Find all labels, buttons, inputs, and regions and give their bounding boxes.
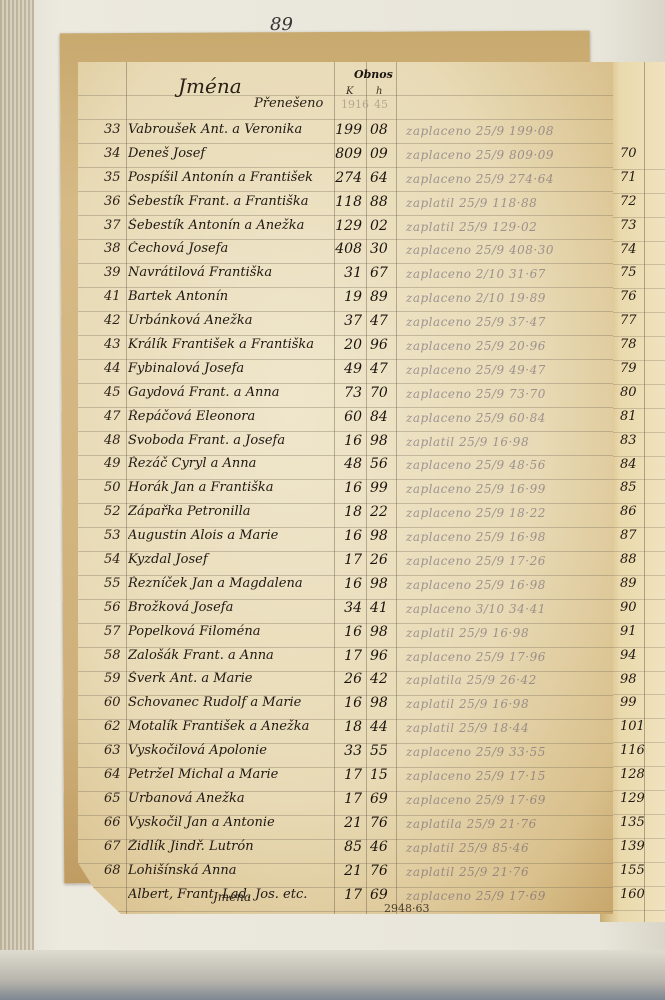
entry-hellers: 22 (370, 504, 394, 520)
entry-name: Popelková Filoména (128, 624, 338, 639)
entry-crowns: 16 (330, 624, 362, 640)
entry-number: 67 (104, 839, 126, 854)
amount-column-header: Obnos (354, 68, 393, 81)
ledger-row: 39Navrátilová Františka3167zaplaceno 2/1… (78, 263, 613, 287)
entry-hellers: 55 (370, 743, 394, 759)
entry-crowns: 118 (330, 194, 362, 210)
entry-number: 35 (104, 170, 126, 185)
entry-name: Deneš Josef (128, 146, 338, 161)
payment-note: zaplaceno 25/9 274·64 (406, 172, 554, 186)
entry-number: 68 (104, 863, 126, 878)
entry-number: 36 (104, 194, 126, 209)
entry-number: 50 (104, 480, 126, 495)
entry-number: 64 (104, 767, 126, 782)
entry-crowns: 60 (330, 409, 362, 425)
entry-hellers: 69 (370, 791, 394, 807)
ledger-row: 66Vyskočil Jan a Antonie2176zaplatila 25… (78, 813, 613, 837)
entry-name: Petržel Michal a Marie (128, 767, 338, 782)
carried-forward-hellers: 45 (374, 98, 388, 111)
entry-crowns: 199 (330, 122, 362, 138)
ledger-row: 37Šebestík Antonín a Anežka12902zaplatil… (78, 216, 613, 240)
ledger-row: 63Vyskočilová Apolonie3355zaplaceno 25/9… (78, 741, 613, 765)
entry-crowns: 17 (330, 552, 362, 568)
entry-hellers: 64 (370, 170, 394, 186)
entry-name: Kyzdal Josef (128, 552, 338, 567)
entry-name: Zalošák Frant. a Anna (128, 648, 338, 663)
ledger-row: 55Řezníček Jan a Magdalena1698zaplaceno … (78, 574, 613, 598)
entry-crowns: 49 (330, 361, 362, 377)
entry-number: 59 (104, 671, 126, 686)
page-stack-edge (0, 0, 34, 1000)
entry-crowns: 17 (330, 648, 362, 664)
entry-name: Čechová Josefa (128, 241, 338, 256)
entry-hellers: 02 (370, 218, 394, 234)
entry-hellers: 98 (370, 433, 394, 449)
entry-number: 37 (104, 218, 126, 233)
entry-number: 41 (104, 289, 126, 304)
ledger-row: 58Zalošák Frant. a Anna1796zaplaceno 25/… (78, 646, 613, 670)
payment-note: zaplaceno 25/9 20·96 (406, 339, 546, 353)
entry-crowns: 21 (330, 863, 362, 879)
entry-name: Řepáčová Eleonora (128, 409, 338, 424)
entry-name: Navrátilová Františka (128, 265, 338, 280)
ledger-row: 44Fybinalová Josefa4947zaplaceno 25/9 49… (78, 359, 613, 383)
entry-name: Židlík Jindř. Lutrón (128, 839, 338, 854)
entry-name: Řezáč Cyryl a Anna (128, 456, 338, 471)
carried-forward-crowns: 1916 (341, 98, 369, 111)
entry-crowns: 19 (330, 289, 362, 305)
entry-hellers: 08 (370, 122, 394, 138)
payment-note: zaplaceno 25/9 17·96 (406, 650, 546, 664)
entry-number: 44 (104, 361, 126, 376)
ledger-row: 36Šebestík Frant. a Františka11888zaplat… (78, 192, 613, 216)
entry-name: Zápařka Petronilla (128, 504, 338, 519)
payment-note: zaplatil 25/9 16·98 (406, 626, 529, 640)
entry-name: Vyskočilová Apolonie (128, 743, 338, 758)
ledger-row: 43Králík František a Františka2096zaplac… (78, 335, 613, 359)
entry-hellers: 67 (370, 265, 394, 281)
entry-name: Brožková Josefa (128, 600, 338, 615)
payment-note: zaplaceno 25/9 37·47 (406, 315, 546, 329)
entry-hellers: 84 (370, 409, 394, 425)
payment-note: zaplatil 25/9 21·76 (406, 865, 529, 879)
entry-number: 45 (104, 385, 126, 400)
payment-note: zaplaceno 25/9 17·69 (406, 793, 546, 807)
entry-name: Schovanec Rudolf a Marie (128, 695, 338, 710)
name-column-header: Jména (178, 74, 242, 98)
entry-name: Řezníček Jan a Magdalena (128, 576, 338, 591)
entry-crowns: 18 (330, 719, 362, 735)
ledger-row: 35Pospíšil Antonín a František27464zapla… (78, 168, 613, 192)
entry-number: 43 (104, 337, 126, 352)
entry-number: 63 (104, 743, 126, 758)
entry-number: 49 (104, 456, 126, 471)
entry-name: Šebestík Antonín a Anežka (128, 218, 338, 233)
entry-hellers: 46 (370, 839, 394, 855)
entry-hellers: 69 (370, 887, 394, 903)
entry-name: Šverk Ant. a Marie (128, 671, 338, 686)
entry-name: Lohišínská Anna (128, 863, 338, 878)
entry-hellers: 47 (370, 361, 394, 377)
entry-hellers: 98 (370, 624, 394, 640)
entry-name: Šebestík Frant. a Františka (128, 194, 338, 209)
entry-crowns: 20 (330, 337, 362, 353)
entry-name: Vyskočil Jan a Antonie (128, 815, 338, 830)
entry-number: 33 (104, 122, 126, 137)
ledger-row: 52Zápařka Petronilla1822zaplaceno 25/9 1… (78, 502, 613, 526)
entry-name: Horák Jan a Františka (128, 480, 338, 495)
ledger-row: 33Vabroušek Ant. a Veronika19908zaplacen… (78, 120, 613, 144)
entry-hellers: 89 (370, 289, 394, 305)
entry-crowns: 274 (330, 170, 362, 186)
entry-hellers: 41 (370, 600, 394, 616)
payment-note: zaplatila 25/9 26·42 (406, 673, 537, 687)
entry-name: Králík František a Františka (128, 337, 338, 352)
payment-note: zaplatil 25/9 85·46 (406, 841, 529, 855)
entry-number: 38 (104, 241, 126, 256)
entry-crowns: 48 (330, 456, 362, 472)
entry-number: 55 (104, 576, 126, 591)
ledger-row: Albert, Frant. Lad. Jos. etc.1769zaplace… (78, 885, 613, 909)
ledger-row: 65Urbanová Anežka1769zaplaceno 25/9 17·6… (78, 789, 613, 813)
entry-hellers: 88 (370, 194, 394, 210)
entry-hellers: 96 (370, 337, 394, 353)
book-bottom-edge (0, 950, 665, 1000)
ledger-row: 62Motalík František a Anežka1844zaplatil… (78, 717, 613, 741)
carried-forward-label: Přenešeno (254, 96, 323, 111)
entry-number: 62 (104, 719, 126, 734)
entry-hellers: 98 (370, 528, 394, 544)
entry-crowns: 31 (330, 265, 362, 281)
entry-crowns: 85 (330, 839, 362, 855)
entry-hellers: 30 (370, 241, 394, 257)
entry-name: Motalík František a Anežka (128, 719, 338, 734)
entry-crowns: 18 (330, 504, 362, 520)
entry-name: Pospíšil Antonín a František (128, 170, 338, 185)
entry-crowns: 16 (330, 695, 362, 711)
payment-note: zaplatil 25/9 18·44 (406, 721, 529, 735)
entry-crowns: 17 (330, 887, 362, 903)
payment-note: zaplaceno 3/10 34·41 (406, 602, 546, 616)
entry-crowns: 34 (330, 600, 362, 616)
entry-crowns: 129 (330, 218, 362, 234)
entry-crowns: 16 (330, 433, 362, 449)
footer-total: 2948·63 (384, 902, 430, 915)
entry-crowns: 408 (330, 241, 362, 257)
payment-note: zaplatila 25/9 21·76 (406, 817, 537, 831)
entry-crowns: 73 (330, 385, 362, 401)
payment-note: zaplatil 25/9 16·98 (406, 435, 529, 449)
payment-note: zaplaceno 25/9 60·84 (406, 411, 546, 425)
entry-number: 56 (104, 600, 126, 615)
ledger-row: 47Řepáčová Eleonora6084zaplaceno 25/9 60… (78, 407, 613, 431)
ledger-row: 60Schovanec Rudolf a Marie1698zaplatil 2… (78, 693, 613, 717)
entry-crowns: 21 (330, 815, 362, 831)
payment-note: zaplaceno 25/9 48·56 (406, 458, 546, 472)
entry-name: Bartek Antonín (128, 289, 338, 304)
entry-name: Urbánková Anežka (128, 313, 338, 328)
entry-number: 57 (104, 624, 126, 639)
ledger-row: 59Šverk Ant. a Marie2642zaplatila 25/9 2… (78, 669, 613, 693)
entry-name: Vabroušek Ant. a Veronika (128, 122, 338, 137)
hellers-header: h (376, 86, 382, 97)
entry-number: 48 (104, 433, 126, 448)
ledger-row: 48Svoboda Frant. a Josefa1698zaplatil 25… (78, 431, 613, 455)
entry-hellers: 98 (370, 576, 394, 592)
payment-note: zaplaceno 25/9 17·26 (406, 554, 546, 568)
ledger-row: 54Kyzdal Josef1726zaplaceno 25/9 17·26 (78, 550, 613, 574)
payment-note: zaplatil 25/9 129·02 (406, 220, 537, 234)
entry-name: Augustin Alois a Marie (128, 528, 338, 543)
entry-number: 34 (104, 146, 126, 161)
ledger-row: 34Deneš Josef80909zaplaceno 25/9 809·09 (78, 144, 613, 168)
entry-number: 42 (104, 313, 126, 328)
entry-hellers: 99 (370, 480, 394, 496)
ledger-book: 89 177 707172737475767778798081838485868… (0, 0, 665, 1000)
entry-crowns: 33 (330, 743, 362, 759)
entry-name: Gaydová Frant. a Anna (128, 385, 338, 400)
entry-number: 52 (104, 504, 126, 519)
payment-note: zaplaceno 25/9 408·30 (406, 243, 554, 257)
payment-note: zaplaceno 25/9 16·98 (406, 530, 546, 544)
entry-hellers: 76 (370, 863, 394, 879)
entry-crowns: 17 (330, 791, 362, 807)
entry-hellers: 44 (370, 719, 394, 735)
entry-crowns: 16 (330, 480, 362, 496)
entry-crowns: 16 (330, 576, 362, 592)
ledger-row: 64Petržel Michal a Marie1715zaplaceno 25… (78, 765, 613, 789)
entry-crowns: 37 (330, 313, 362, 329)
entry-name: Svoboda Frant. a Josefa (128, 433, 338, 448)
entry-hellers: 15 (370, 767, 394, 783)
payment-note: zaplaceno 25/9 809·09 (406, 148, 554, 162)
ledger-sheet: Jména Obnos K h Přenešeno 1916 45 33Vabr… (78, 62, 613, 914)
payment-note: zaplatil 25/9 118·88 (406, 196, 537, 210)
payment-note: zaplaceno 25/9 17·15 (406, 769, 546, 783)
payment-note: zaplaceno 25/9 49·47 (406, 363, 546, 377)
ledger-row: 41Bartek Antonín1989zaplaceno 2/10 19·89 (78, 287, 613, 311)
entry-hellers: 42 (370, 671, 394, 687)
payment-note: zaplaceno 25/9 33·55 (406, 745, 546, 759)
payment-note: zaplatil 25/9 16·98 (406, 697, 529, 711)
entry-crowns: 16 (330, 528, 362, 544)
footer-label: Jména (213, 890, 251, 904)
ledger-row: 67Židlík Jindř. Lutrón8546zaplatil 25/9 … (78, 837, 613, 861)
payment-note: zaplaceno 25/9 16·99 (406, 482, 546, 496)
ledger-row: 38Čechová Josefa40830zaplaceno 25/9 408·… (78, 239, 613, 263)
entry-number: 54 (104, 552, 126, 567)
crowns-header: K (346, 86, 353, 97)
entry-hellers: 09 (370, 146, 394, 162)
entry-number: 47 (104, 409, 126, 424)
entry-hellers: 96 (370, 648, 394, 664)
ledger-row: 49Řezáč Cyryl a Anna4856zaplaceno 25/9 4… (78, 454, 613, 478)
entry-hellers: 70 (370, 385, 394, 401)
payment-note: zaplaceno 25/9 18·22 (406, 506, 546, 520)
entry-hellers: 26 (370, 552, 394, 568)
entry-number: 66 (104, 815, 126, 830)
entry-crowns: 26 (330, 671, 362, 687)
entry-number: 53 (104, 528, 126, 543)
payment-note: zaplaceno 25/9 17·69 (406, 889, 546, 903)
payment-note: zaplaceno 25/9 16·98 (406, 578, 546, 592)
ledger-row: 42Urbánková Anežka3747zaplaceno 25/9 37·… (78, 311, 613, 335)
entry-number: 60 (104, 695, 126, 710)
entry-hellers: 98 (370, 695, 394, 711)
entry-number: 39 (104, 265, 126, 280)
payment-note: zaplaceno 2/10 31·67 (406, 267, 546, 281)
entry-hellers: 56 (370, 456, 394, 472)
ledger-row: 56Brožková Josefa3441zaplaceno 3/10 34·4… (78, 598, 613, 622)
entry-crowns: 809 (330, 146, 362, 162)
entry-number: 65 (104, 791, 126, 806)
entry-number: 58 (104, 648, 126, 663)
ledger-row: 57Popelková Filoména1698zaplatil 25/9 16… (78, 622, 613, 646)
entry-name: Urbanová Anežka (128, 791, 338, 806)
payment-note: zaplaceno 2/10 19·89 (406, 291, 546, 305)
entry-hellers: 47 (370, 313, 394, 329)
entry-crowns: 17 (330, 767, 362, 783)
entry-name: Fybinalová Josefa (128, 361, 338, 376)
payment-note: zaplaceno 25/9 199·08 (406, 124, 554, 138)
ledger-row: 68Lohišínská Anna2176zaplatil 25/9 21·76 (78, 861, 613, 885)
ledger-row: 53Augustin Alois a Marie1698zaplaceno 25… (78, 526, 613, 550)
entry-hellers: 76 (370, 815, 394, 831)
payment-note: zaplaceno 25/9 73·70 (406, 387, 546, 401)
ledger-rows: 33Vabroušek Ant. a Veronika19908zaplacen… (78, 120, 613, 908)
ledger-row: 50Horák Jan a Františka1699zaplaceno 25/… (78, 478, 613, 502)
ledger-row: 45Gaydová Frant. a Anna7370zaplaceno 25/… (78, 383, 613, 407)
